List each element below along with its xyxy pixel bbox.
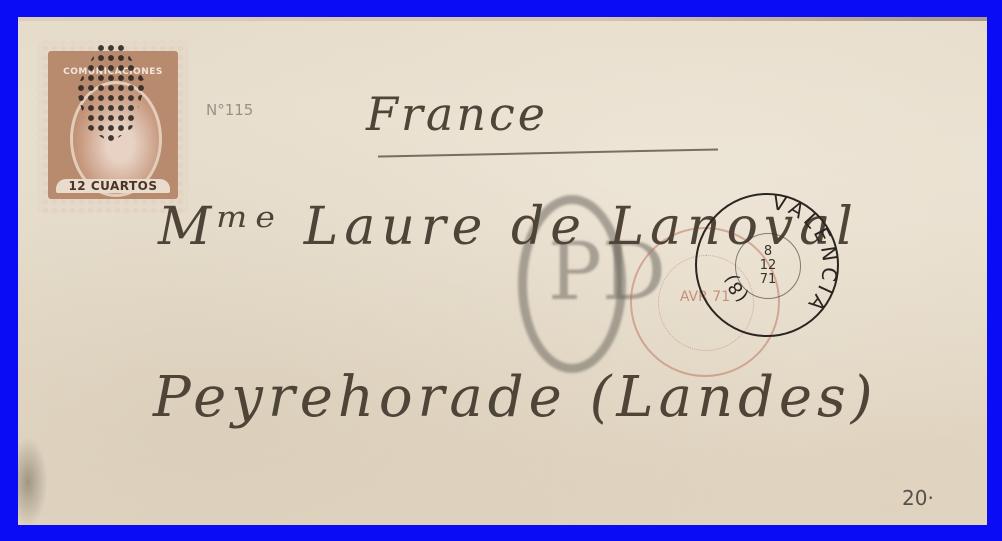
date-line-3: 71 bbox=[760, 273, 777, 287]
date-line-1: 8 bbox=[764, 245, 772, 259]
smudge bbox=[18, 437, 48, 525]
stamp-value-text: 12 CUARTOS bbox=[56, 179, 170, 193]
valencia-date-center: 8 12 71 bbox=[735, 233, 801, 299]
destination-country: France bbox=[366, 87, 548, 141]
envelope-top-edge bbox=[18, 17, 987, 21]
valencia-postmark: VALENCIA (8) 8 12 71 bbox=[695, 193, 839, 337]
postage-stamp: COMUNICACIONES 12 CUARTOS bbox=[38, 41, 188, 213]
pencil-note: N°115 bbox=[206, 101, 253, 119]
date-line-2: 12 bbox=[760, 259, 777, 273]
corner-note: 20· bbox=[902, 486, 934, 510]
envelope: COMUNICACIONES 12 CUARTOS N°115 France P… bbox=[18, 17, 987, 525]
underline bbox=[378, 148, 718, 157]
destination-city: Peyrehorade (Landes) bbox=[153, 365, 878, 430]
